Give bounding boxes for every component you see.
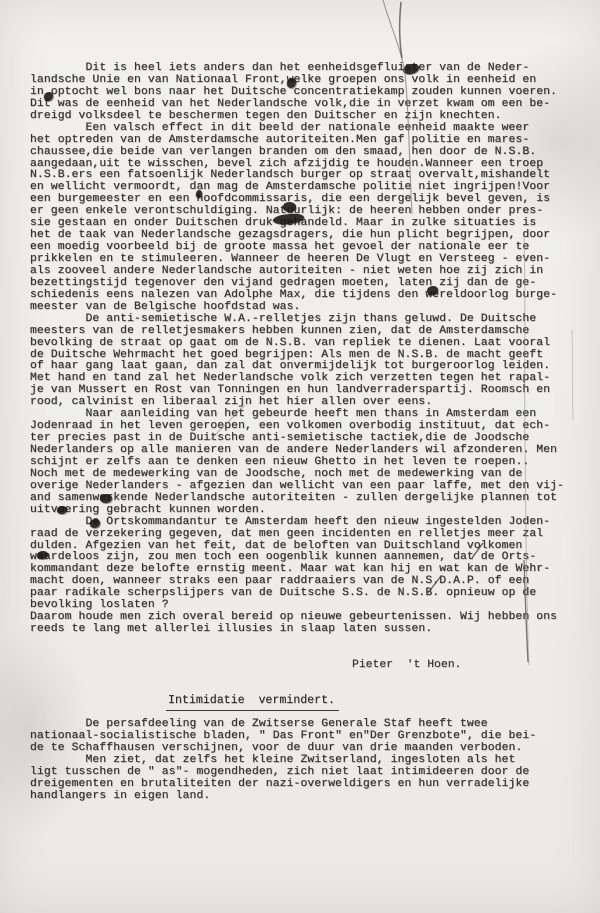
article1-body-text: Dit is heel iets anders dan het eenheids… (30, 63, 564, 636)
crease-line (400, 2, 402, 58)
author-signature: Pieter 't Hoen. (352, 659, 461, 671)
document-page: Dit is heel iets anders dan het eenheids… (0, 0, 600, 913)
crease-line (572, 330, 573, 420)
article2-heading: Intimidatie vermindert. (166, 694, 339, 711)
article2-body-text: De persafdeeling van de Zwitserse Genera… (30, 719, 536, 803)
